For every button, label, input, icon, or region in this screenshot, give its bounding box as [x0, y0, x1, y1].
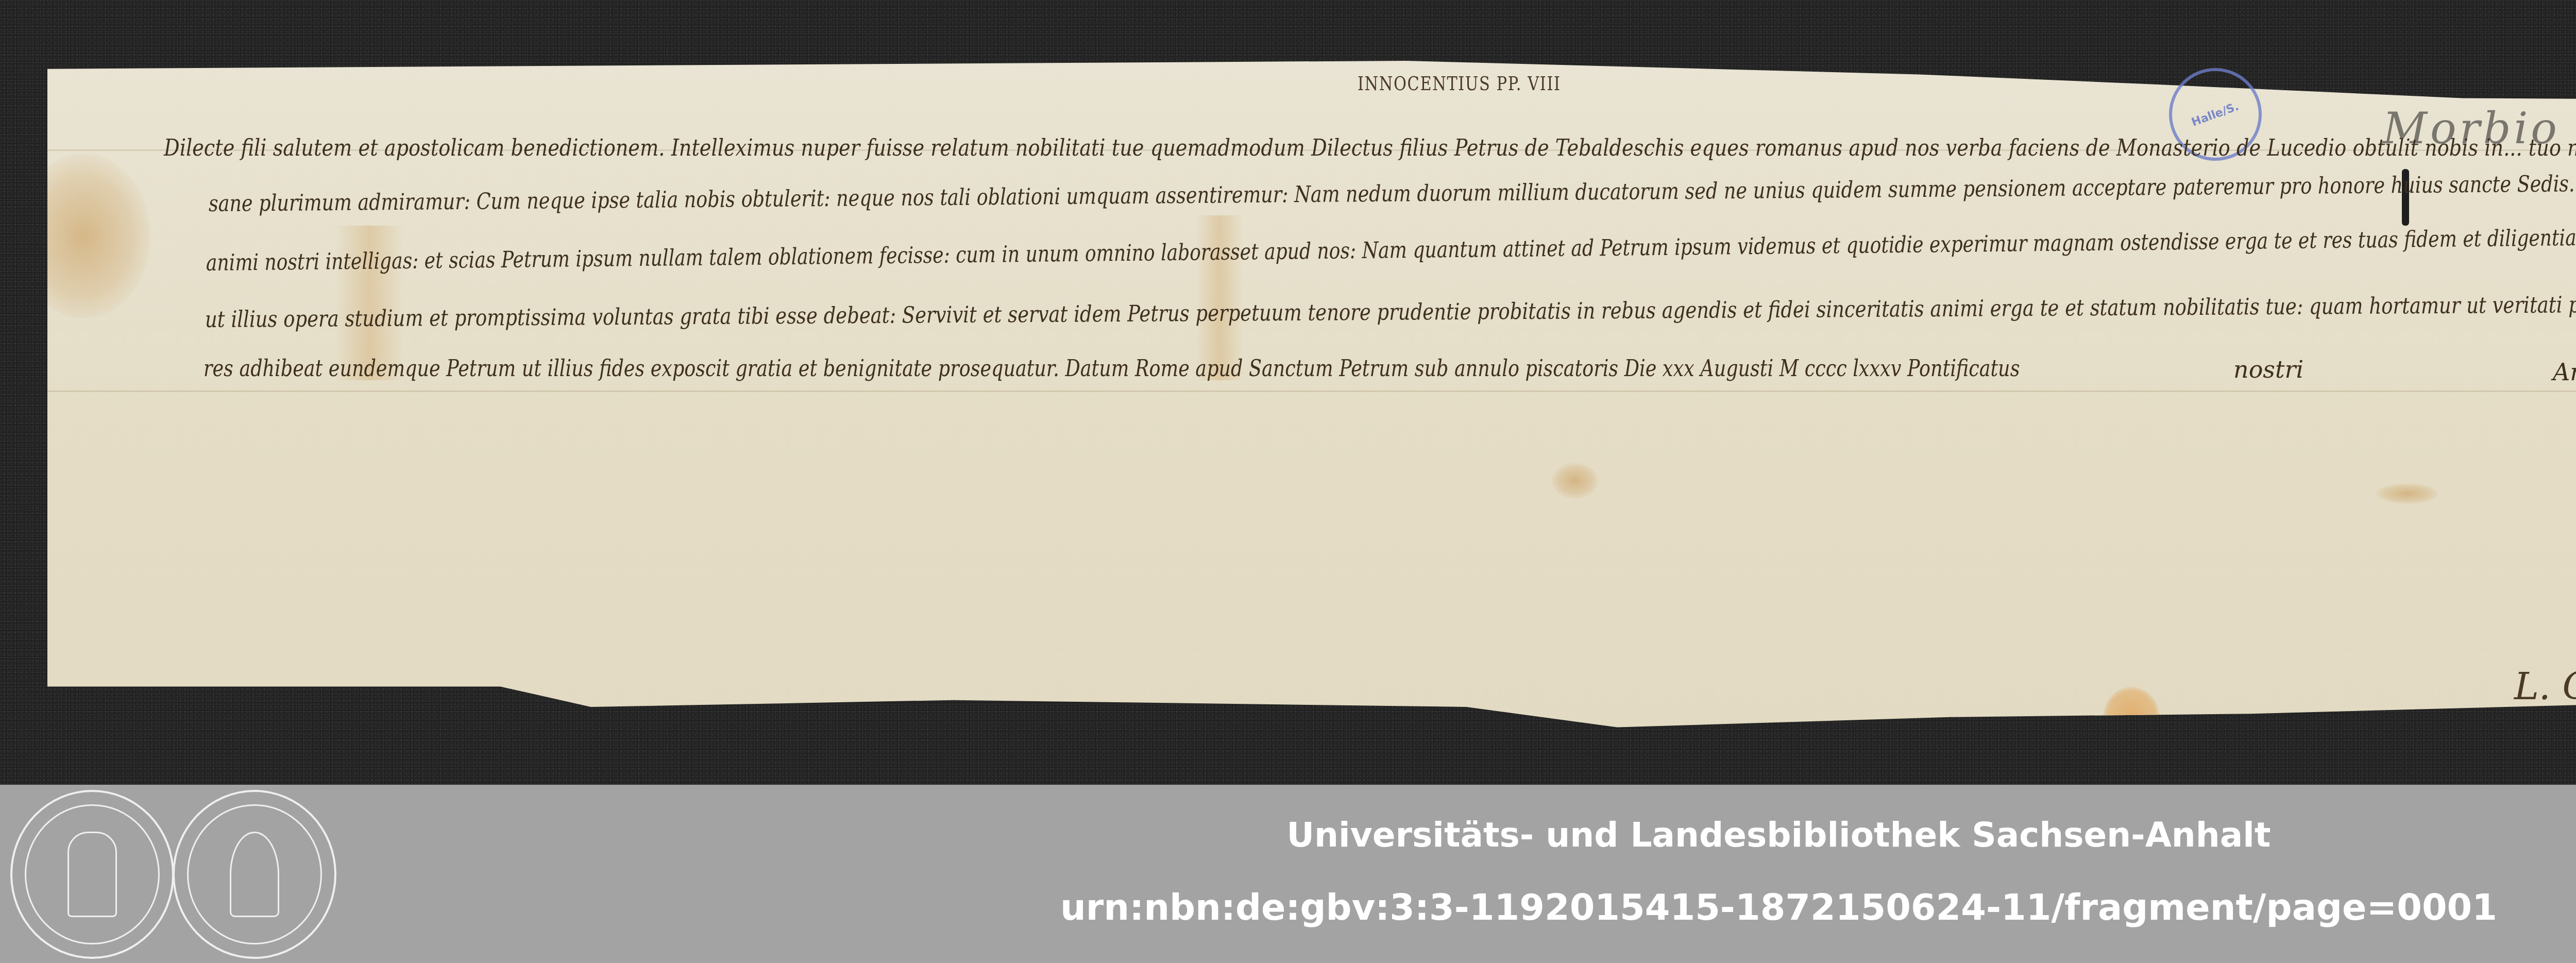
stamp-center-text: Halle/S.	[2190, 100, 2241, 129]
water-stain	[1552, 463, 1598, 499]
document-heading: INNOCENTIUS PP. VIII	[1358, 72, 1561, 95]
footer-band	[0, 785, 2576, 963]
institution-name: Universitäts- und Landesbibliothek Sachs…	[0, 815, 2576, 855]
text-line-1: Dilecte fili salutem et apostolicam bene…	[164, 135, 2576, 161]
date-word-nostri: nostri	[2233, 356, 2303, 383]
date-word-anno: Anno	[2553, 358, 2576, 386]
parchment-document	[47, 61, 2576, 741]
urn-identifier[interactable]: urn:nbn:de:gbv:3:3-1192015415-1872150624…	[0, 886, 2576, 928]
scribe-signature: L. Grifus	[2514, 665, 2576, 708]
water-stain	[2376, 483, 2438, 504]
fold-line	[47, 391, 2576, 392]
water-stain	[47, 154, 150, 318]
text-line-5: res adhibeat eundemque Petrum ut illius …	[204, 356, 2020, 382]
